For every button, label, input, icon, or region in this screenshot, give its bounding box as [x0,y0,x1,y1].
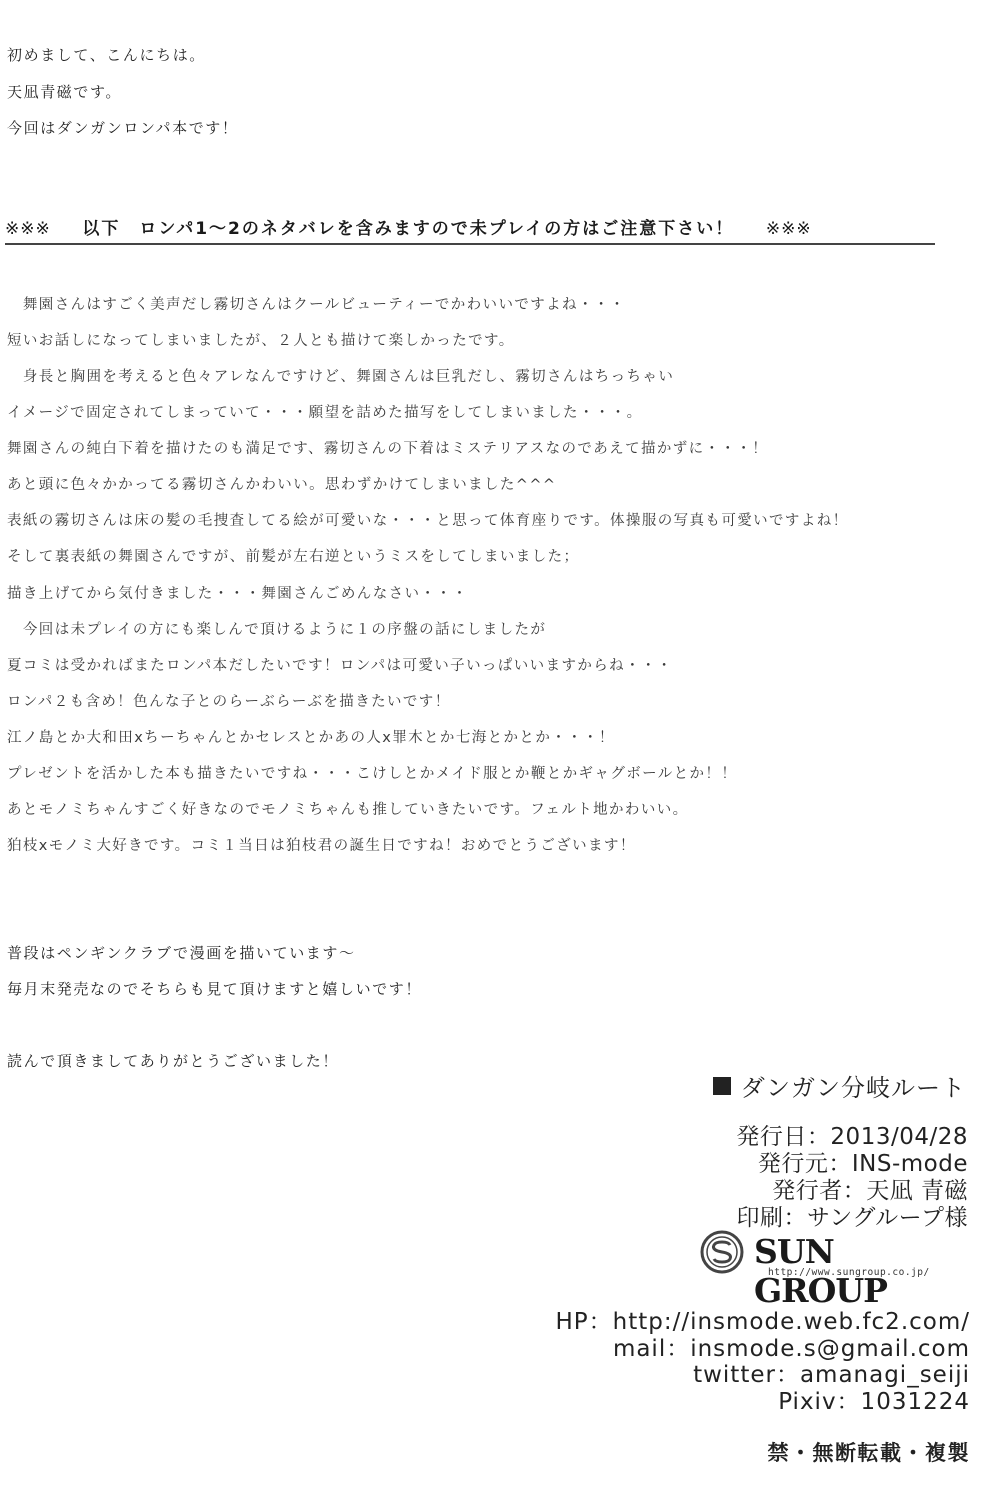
body-line: そして裏表紙の舞園さんですが、前髪が左右逆というミスをしてしまいました； [7,545,579,566]
body-line: 描き上げてから気付きました・・・舞園さんごめんなさい・・・ [7,582,468,603]
printer: 印刷：サングループ様 [736,1205,968,1232]
intro-line: 今回はダンガンロンパ本です！ [7,117,239,138]
intro-line: 初めまして、こんにちは。 [7,44,206,65]
body-line: 夏コミは受かればまたロンパ本だしたいです！ロンパは可愛い子いっぱいいますからね・… [7,654,673,675]
intro-line: 天凪青磁です。 [7,81,122,102]
book-title-text: ダンガン分岐ルート [741,1074,966,1102]
publisher: 発行元：INS-mode [736,1151,968,1178]
sun-group-logo: SUN GROUP http://www.sungroup.co.jp/ [700,1230,970,1280]
homepage: HP：http://insmode.web.fc2.com/ [555,1309,970,1336]
sun-group-logo-icon [700,1230,744,1274]
book-title: ダンガン分岐ルート [713,1068,966,1103]
warning-marks-right: ※※※ [766,219,812,239]
body-line: プレゼントを活かした本も描きたいですね・・・こけしとかメイド服とか鞭とかギャグボ… [7,762,737,783]
body-line: 狛枝xモノミ大好きです。コミ１当日は狛枝君の誕生日ですね！おめでとうございます！ [7,834,636,855]
spoiler-warning: ※※※ 以下 ロンパ1～2のネタバレを含みますので未プレイの方はご注意下さい！ … [5,214,935,245]
issue-date: 発行日：2013/04/28 [736,1124,968,1151]
body-line: あと頭に色々かかってる霧切さんかわいい。思わずかけてしまいました^^^ [7,473,556,494]
outro-line: 普段はペンギンクラブで漫画を描いています～ [7,942,356,963]
body-line: 身長と胸囲を考えると色々アレなんですけど、舞園さんは巨乳だし、霧切さんはちっちゃ… [7,365,674,386]
publication-info: 発行日：2013/04/28 発行元：INS-mode 発行者：天凪 青磁 印刷… [736,1124,968,1232]
copyright-notice: 禁・無断転載・複製 [768,1437,971,1467]
body-line: 短いお話しになってしまいましたが、２人とも描けて楽しかったです。 [7,329,515,350]
mail: mail：insmode.s@gmail.com [555,1336,970,1363]
twitter: twitter：amanagi_seiji [555,1362,970,1389]
body-line: 表紙の霧切さんは床の髪の毛捜査してる絵が可愛いな・・・と思って体育座りです。体操… [7,509,849,530]
body-line: 舞園さんはすごく美声だし霧切さんはクールビューティーでかわいいですよね・・・ [7,293,626,314]
square-bullet-icon [713,1077,731,1095]
warning-marks-left: ※※※ [5,219,51,239]
outro-line: 毎月末発売なのでそちらも見て頂けますと嬉しいです！ [7,978,422,999]
body-line: イメージで固定されてしまっていて・・・願望を詰めた描写をしてしまいました・・・。 [7,401,643,422]
warning-text: 以下 ロンパ1～2のネタバレを含みますので未プレイの方はご注意下さい！ [82,219,734,239]
body-line: 舞園さんの純白下着を描けたのも満足です、霧切さんの下着はミステリアスなのであえて… [7,437,768,458]
pixiv: Pixiv：1031224 [555,1389,970,1416]
body-line: あとモノミちゃんすごく好きなのでモノミちゃんも推していきたいです。フェルト地かわ… [7,798,689,819]
body-line: 江ノ島とか大和田xちーちゃんとかセレスとかあの人x罪木とか七海とかとか・・・！ [7,726,615,747]
outro-line: 読んで頂きましてありがとうございました！ [7,1050,339,1071]
author: 発行者：天凪 青磁 [736,1178,968,1205]
body-line: ロンパ２も含め！色んな子とのらーぶらーぶを描きたいです！ [7,690,451,711]
body-line: 今回は未プレイの方にも楽しんで頂けるように１の序盤の話にしましたが [7,618,546,639]
contact-info: HP：http://insmode.web.fc2.com/ mail：insm… [555,1309,970,1415]
logo-url: http://www.sungroup.co.jp/ [768,1267,930,1278]
